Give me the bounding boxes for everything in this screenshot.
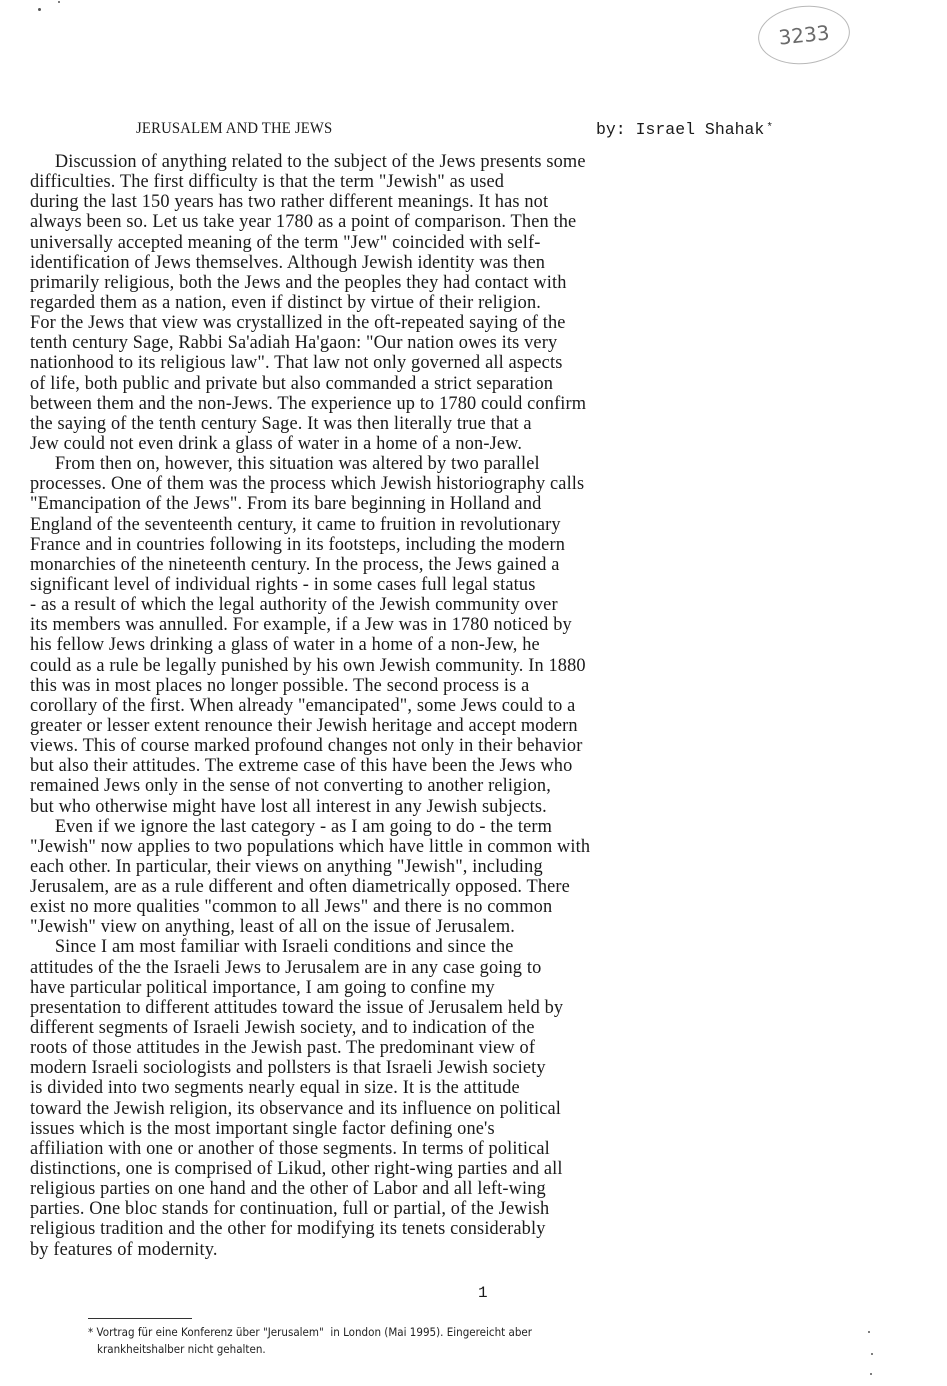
text-line: Discussion of anything related to the su… xyxy=(30,152,890,172)
scan-speck xyxy=(868,1331,870,1333)
text-line: Jew could not even drink a glass of wate… xyxy=(30,434,890,454)
text-line: attitudes of the the Israeli Jews to Jer… xyxy=(30,958,890,978)
text-line: universally accepted meaning of the term… xyxy=(30,233,890,253)
document-title: JERUSALEM AND THE JEWS xyxy=(136,118,332,140)
text-line: "Emancipation of the Jews". From its bar… xyxy=(30,494,890,514)
text-line: by features of modernity. xyxy=(30,1240,890,1260)
text-line: regarded them as a nation, even if disti… xyxy=(30,293,890,313)
text-line: France and in countries following in its… xyxy=(30,535,890,555)
text-line: Jerusalem, are as a rule different and o… xyxy=(30,877,890,897)
text-line: nationhood to its religious law". That l… xyxy=(30,353,890,373)
document-body: Discussion of anything related to the su… xyxy=(30,152,890,1260)
text-line: is divided into two segments nearly equa… xyxy=(30,1078,890,1098)
text-line: during the last 150 years has two rather… xyxy=(30,192,890,212)
text-line: "Jewish" now applies to two populations … xyxy=(30,837,890,857)
text-line: presentation to different attitudes towa… xyxy=(30,998,890,1018)
text-line: could as a rule be legally punished by h… xyxy=(30,656,890,676)
text-line: parties. One bloc stands for continuatio… xyxy=(30,1199,890,1219)
text-line: processes. One of them was the process w… xyxy=(30,474,890,494)
text-line: between them and the non-Jews. The exper… xyxy=(30,394,890,414)
footnote-line: krankheitshalber nicht gehalten. xyxy=(88,1341,532,1358)
text-line: its members was annulled. For example, i… xyxy=(30,615,890,635)
document-header: JERUSALEM AND THE JEWS by: Israel Shahak… xyxy=(0,117,947,139)
text-line: each other. In particular, their views o… xyxy=(30,857,890,877)
scan-speck xyxy=(58,1,60,3)
footnote: * Vortrag für eine Konferenz über "Jerus… xyxy=(88,1324,532,1358)
text-line: greater or lesser extent renounce their … xyxy=(30,716,890,736)
text-line: tenth century Sage, Rabbi Sa'adiah Ha'ga… xyxy=(30,333,890,353)
text-line: but who otherwise might have lost all in… xyxy=(30,797,890,817)
footnote-line: * Vortrag für eine Konferenz über "Jerus… xyxy=(88,1324,532,1341)
text-line: religious parties on one hand and the ot… xyxy=(30,1179,890,1199)
text-line: distinctions, one is comprised of Likud,… xyxy=(30,1159,890,1179)
scan-speck xyxy=(38,8,41,11)
text-line: Since I am most familiar with Israeli co… xyxy=(30,937,890,957)
footnote-divider xyxy=(88,1318,192,1319)
text-line: - as a result of which the legal authori… xyxy=(30,595,890,615)
text-line: issues which is the most important singl… xyxy=(30,1119,890,1139)
text-line: this was in most places no longer possib… xyxy=(30,676,890,696)
text-line: different segments of Israeli Jewish soc… xyxy=(30,1018,890,1038)
text-line: toward the Jewish religion, its observan… xyxy=(30,1099,890,1119)
text-line: identification of Jews themselves. Altho… xyxy=(30,253,890,273)
archive-number-stamp: 3233 xyxy=(755,1,853,68)
text-line: difficulties. The first difficulty is th… xyxy=(30,172,890,192)
footnote-marker: * xyxy=(766,122,773,134)
page-number: 1 xyxy=(478,1284,488,1302)
text-line: significant level of individual rights -… xyxy=(30,575,890,595)
text-line: exist no more qualities "common to all J… xyxy=(30,897,890,917)
text-line: but also their attitudes. The extreme ca… xyxy=(30,756,890,776)
scan-speck xyxy=(870,1373,872,1375)
scan-speck xyxy=(871,1353,873,1355)
text-line: affiliation with one or another of those… xyxy=(30,1139,890,1159)
text-line: religious tradition and the other for mo… xyxy=(30,1219,890,1239)
text-line: have particular political importance, I … xyxy=(30,978,890,998)
text-line: views. This of course marked profound ch… xyxy=(30,736,890,756)
text-line: For the Jews that view was crystallized … xyxy=(30,313,890,333)
author-name: by: Israel Shahak xyxy=(596,120,764,139)
text-line: corollary of the first. When already "em… xyxy=(30,696,890,716)
text-line: "Jewish" view on anything, least of all … xyxy=(30,917,890,937)
text-line: Even if we ignore the last category - as… xyxy=(30,817,890,837)
document-byline: by: Israel Shahak* xyxy=(596,117,773,141)
text-line: roots of those attitudes in the Jewish p… xyxy=(30,1038,890,1058)
text-line: of life, both public and private but als… xyxy=(30,374,890,394)
text-line: the saying of the tenth century Sage. It… xyxy=(30,414,890,434)
text-line: primarily religious, both the Jews and t… xyxy=(30,273,890,293)
text-line: monarchies of the nineteenth century. In… xyxy=(30,555,890,575)
text-line: England of the seventeenth century, it c… xyxy=(30,515,890,535)
text-line: always been so. Let us take year 1780 as… xyxy=(30,212,890,232)
text-line: remained Jews only in the sense of not c… xyxy=(30,776,890,796)
text-line: his fellow Jews drinking a glass of wate… xyxy=(30,635,890,655)
text-line: From then on, however, this situation wa… xyxy=(30,454,890,474)
text-line: modern Israeli sociologists and pollster… xyxy=(30,1058,890,1078)
